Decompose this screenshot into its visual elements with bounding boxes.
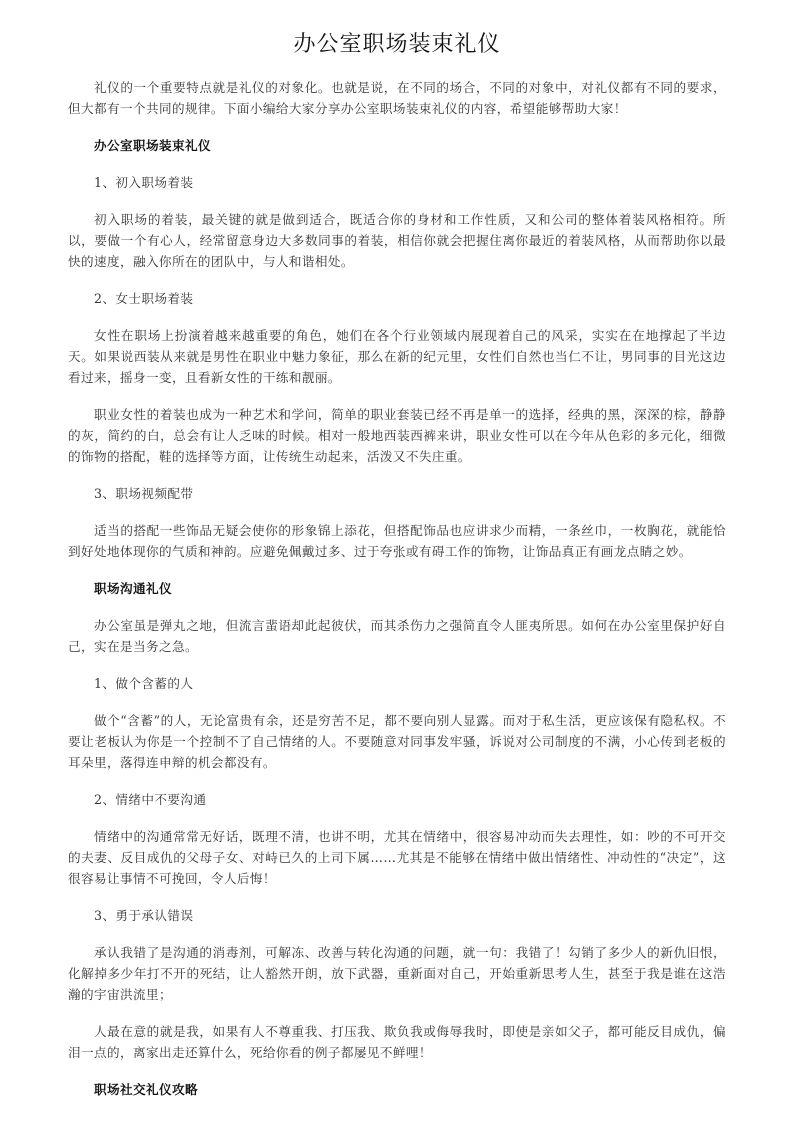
subheading: 1、做个含蓄的人: [68, 673, 726, 694]
subheading: 1、初入职场着装: [68, 172, 726, 193]
intro-paragraph: 礼仪的一个重要特点就是礼仪的对象化。也就是说，在不同的场合，不同的对象中，对礼仪…: [68, 77, 726, 119]
paragraph: 职业女性的着装也成为一种艺术和学问，简单的职业套装已经不再是单一的选择，经典的黑…: [68, 404, 726, 467]
subheading: 2、女士职场着装: [68, 288, 726, 309]
section-heading: 职场沟通礼仪: [68, 578, 726, 599]
section-heading: 职场社交礼仪攻略: [68, 1079, 726, 1100]
subheading: 2、情绪中不要沟通: [68, 789, 726, 810]
paragraph: 适当的搭配一些饰品无疑会使你的形象锦上添花，但搭配饰品也应讲求少而精，一条丝巾，…: [68, 520, 726, 562]
paragraph: 人最在意的就是我，如果有人不尊重我、打压我、欺负我或侮辱我时，即使是亲如父子，都…: [68, 1021, 726, 1063]
subheading: 3、勇于承认错误: [68, 905, 726, 926]
document-title: 办公室职场装束礼仪: [68, 30, 726, 60]
subheading: 3、职场视频配带: [68, 483, 726, 504]
section-heading: 办公室职场装束礼仪: [68, 135, 726, 156]
paragraph: 办公室虽是弹丸之地，但流言蜚语却此起彼伏，而其杀伤力之强简直令人匪夷所思。如何在…: [68, 615, 726, 657]
paragraph: 情绪中的沟通常常无好话，既理不清，也讲不明，尤其在情绪中，很容易冲动而失去理性，…: [68, 826, 726, 889]
document-body: 礼仪的一个重要特点就是礼仪的对象化。也就是说，在不同的场合，不同的对象中，对礼仪…: [68, 77, 726, 1100]
paragraph: 初入职场的着装，最关键的就是做到适合，既适合你的身材和工作性质，又和公司的整体着…: [68, 209, 726, 272]
paragraph: 女性在职场上扮演着越来越重要的角色，她们在各个行业领域内展现着自己的风采，实实在…: [68, 325, 726, 388]
paragraph: 承认我错了是沟通的消毒剂，可解冻、改善与转化沟通的问题，就一句：我错了！勾销了多…: [68, 942, 726, 1005]
paragraph: 做个“含蓄”的人，无论富贵有余，还是穷苦不足，都不要向别人显露。而对于私生活，更…: [68, 710, 726, 773]
